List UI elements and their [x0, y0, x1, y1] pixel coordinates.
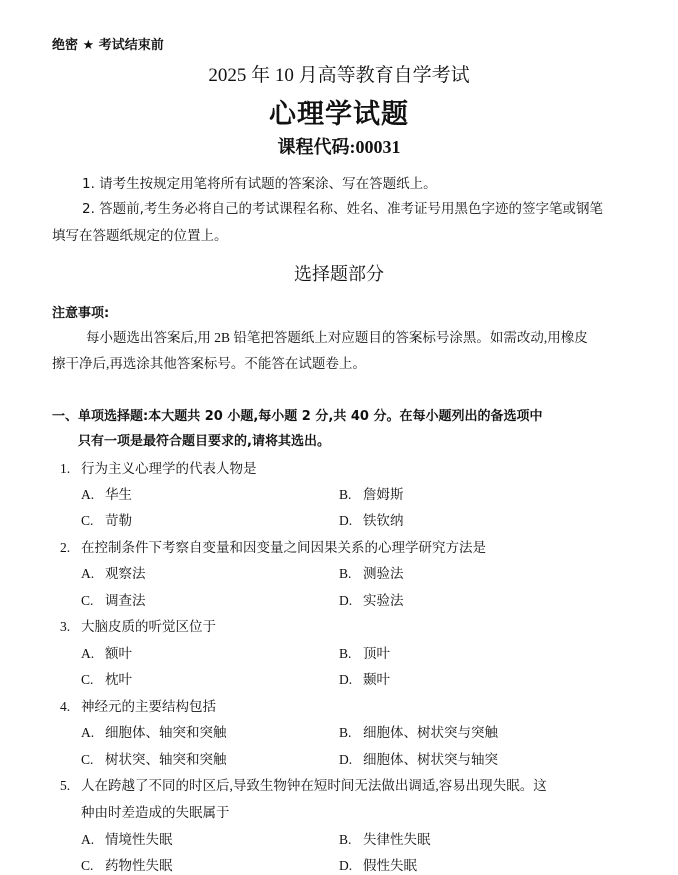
question-text: 在控制条件下考察自变量和因变量之间因果关系的心理学研究方法是: [81, 540, 486, 555]
section-title: 选择题部分: [0, 260, 678, 286]
option-5b: B.失律性失眠: [339, 828, 431, 848]
option-3c: C.枕叶: [81, 668, 132, 688]
note-line-2: 擦干净后,再选涂其他答案标号。不能答在试题卷上。: [52, 352, 366, 372]
option-5c: C.药物性失眠: [81, 854, 173, 874]
question-number: 2.: [60, 540, 81, 556]
subject-title: 心理学试题: [0, 92, 678, 131]
instruction-1: 1. 请考生按规定用笔将所有试题的答案涂、写在答题纸上。: [82, 172, 437, 192]
course-code: 课程代码:00031: [0, 133, 678, 159]
option-5d: D.假性失眠: [339, 854, 417, 874]
part-heading: 一、单项选择题:本大题共 20 小题,每小题 2 分,共 40 分。在每小题列出…: [52, 405, 542, 424]
question-1: 1.行为主义心理学的代表人物是: [60, 457, 257, 477]
question-text: 神经元的主要结构包括: [81, 699, 216, 714]
option-1b: B.詹姆斯: [339, 483, 404, 503]
instruction-2-cont: 填写在答题纸规定的位置上。: [52, 224, 228, 244]
question-number: 1.: [60, 461, 81, 477]
option-4b: B.细胞体、树状突与突触: [339, 721, 498, 741]
question-5-cont: 种由时差造成的失眠属于: [81, 801, 230, 821]
option-4d: D.细胞体、树状突与轴突: [339, 748, 498, 768]
question-number: 5.: [60, 778, 81, 794]
option-3b: B.顶叶: [339, 642, 390, 662]
option-5a: A.情境性失眠: [81, 828, 173, 848]
option-2b: B.测验法: [339, 562, 404, 582]
exam-title: 2025 年 10 月高等教育自学考试: [0, 60, 678, 87]
option-4c: C.树状突、轴突和突触: [81, 748, 227, 768]
confidential-label: 绝密 ★ 考试结束前: [52, 34, 164, 53]
question-text: 大脑皮质的听觉区位于: [81, 619, 216, 634]
option-1a: A.华生: [81, 483, 132, 503]
notes-title: 注意事项:: [52, 302, 109, 321]
option-4a: A.细胞体、轴突和突触: [81, 721, 227, 741]
option-1c: C.苛勒: [81, 509, 132, 529]
option-1d: D.铁钦纳: [339, 509, 404, 529]
option-3a: A.额叶: [81, 642, 132, 662]
question-number: 4.: [60, 699, 81, 715]
question-5: 5.人在跨越了不同的时区后,导致生物钟在短时间无法做出调适,容易出现失眠。这: [60, 774, 547, 794]
question-3: 3.大脑皮质的听觉区位于: [60, 615, 216, 635]
option-2d: D.实验法: [339, 589, 404, 609]
option-2c: C.调查法: [81, 589, 146, 609]
question-2: 2.在控制条件下考察自变量和因变量之间因果关系的心理学研究方法是: [60, 536, 486, 556]
question-4: 4.神经元的主要结构包括: [60, 695, 216, 715]
part-heading-cont: 只有一项是最符合题目要求的,请将其选出。: [78, 430, 330, 449]
question-text: 人在跨越了不同的时区后,导致生物钟在短时间无法做出调适,容易出现失眠。这: [81, 778, 547, 793]
option-2a: A.观察法: [81, 562, 146, 582]
question-text: 行为主义心理学的代表人物是: [81, 461, 257, 476]
option-3d: D.颞叶: [339, 668, 390, 688]
instruction-2: 2. 答题前,考生务必将自己的考试课程名称、姓名、准考证号用黑色字迹的签字笔或钢…: [82, 197, 603, 217]
note-line-1: 每小题选出答案后,用 2B 铅笔把答题纸上对应题目的答案标号涂黑。如需改动,用橡…: [86, 326, 588, 346]
question-number: 3.: [60, 619, 81, 635]
